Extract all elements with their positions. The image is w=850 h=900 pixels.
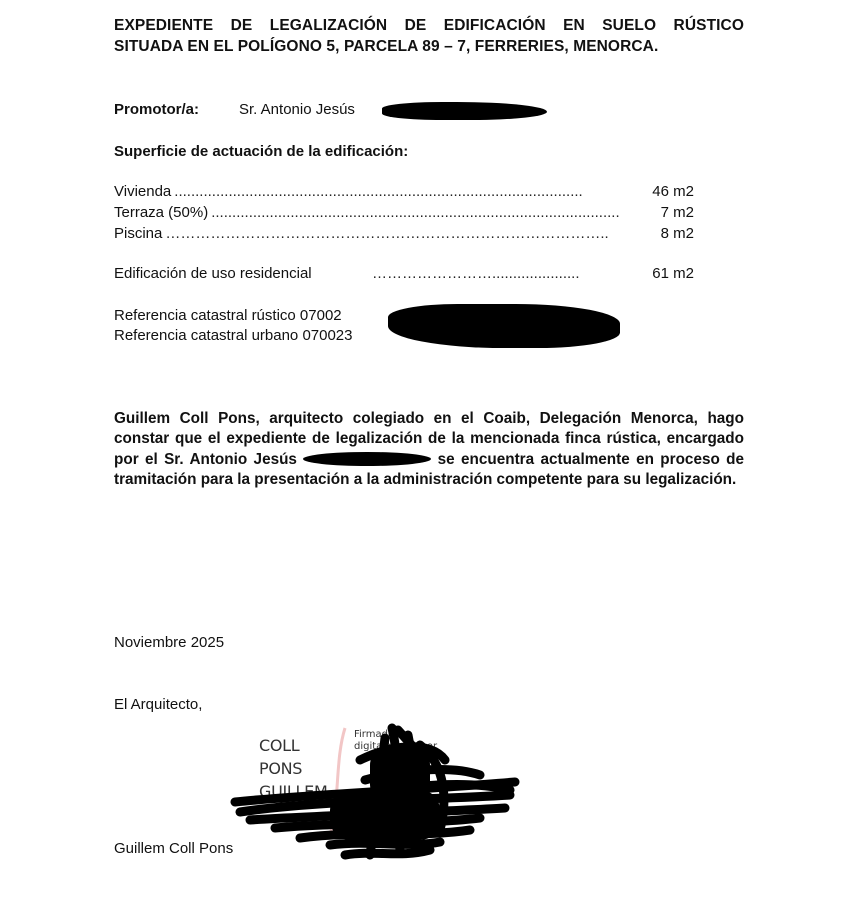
- promotor-value: Sr. Antonio Jesús: [239, 101, 355, 118]
- digital-signature-name: COLL PONS GUILLEM: [259, 734, 327, 803]
- surface-row-terraza: Terraza (50%) ..........................…: [114, 202, 694, 223]
- ref-urbano: Referencia catastral urbano 070023: [114, 326, 353, 346]
- sig-line: PONS: [259, 757, 327, 780]
- surface-label: Vivienda: [114, 181, 171, 202]
- surface-row-piscina: Piscina …………………………………………………………………………….. …: [114, 223, 694, 244]
- total-value: 61 m2: [636, 263, 694, 284]
- promotor-line: Promotor/a:Sr. Antonio Jesús: [114, 101, 355, 118]
- promotor-label: Promotor/a:: [114, 101, 239, 118]
- sig-note-line: Firmado: [354, 729, 437, 741]
- leader-dots: ……………………………………………………………………………..: [165, 223, 636, 244]
- title-line-1: EXPEDIENTE DE LEGALIZACIÓN DE EDIFICACIÓ…: [114, 15, 744, 36]
- total-row: Edificación de uso residencial …………………….…: [114, 263, 694, 284]
- date: Noviembre 2025: [114, 634, 224, 651]
- surface-value: 7 m2: [636, 202, 694, 223]
- digital-signature-note: Firmado digitalmente por: [354, 729, 437, 753]
- statement-paragraph: Guillem Coll Pons, arquitecto colegiado …: [114, 409, 744, 491]
- sig-note-line: digitalmente por: [354, 741, 437, 753]
- redaction-ref: [388, 304, 620, 348]
- total-label: Edificación de uso residencial: [114, 263, 369, 284]
- signer-name: Guillem Coll Pons: [114, 840, 233, 857]
- document-title: EXPEDIENTE DE LEGALIZACIÓN DE EDIFICACIÓ…: [114, 15, 744, 57]
- leader-dots: …………………….....................: [372, 263, 636, 284]
- redaction-promotor: [382, 102, 547, 120]
- leader-dots: ........................................…: [174, 181, 636, 202]
- surface-label: Piscina: [114, 223, 162, 244]
- redaction-inline: [303, 452, 431, 466]
- sig-line: GUILLEM: [259, 780, 327, 803]
- signoff: El Arquitecto,: [114, 696, 202, 713]
- surface-heading: Superficie de actuación de la edificació…: [114, 143, 408, 160]
- leader-dots: ........................................…: [211, 202, 636, 223]
- title-line-2: SITUADA EN EL POLÍGONO 5, PARCELA 89 – 7…: [114, 36, 744, 57]
- surface-row-vivienda: Vivienda ...............................…: [114, 181, 694, 202]
- sig-line: COLL: [259, 734, 327, 757]
- surface-value: 8 m2: [636, 223, 694, 244]
- ref-rustico: Referencia catastral rústico 07002: [114, 306, 342, 326]
- surface-label: Terraza (50%): [114, 202, 208, 223]
- surface-value: 46 m2: [636, 181, 694, 202]
